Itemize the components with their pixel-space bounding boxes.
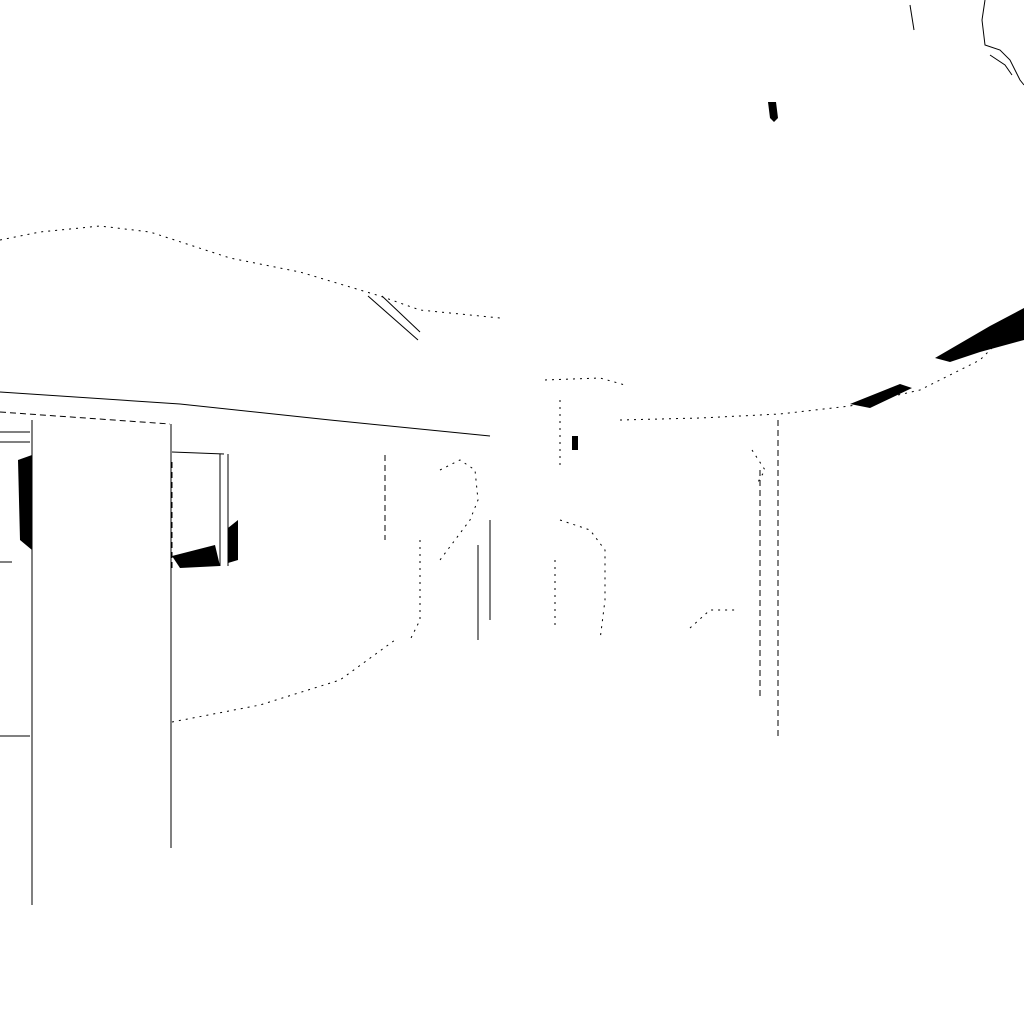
wall-top-line	[0, 392, 490, 436]
central-figures	[410, 378, 625, 640]
right-door-frame	[690, 420, 778, 740]
top-right-object	[768, 0, 1024, 122]
left-pillar	[0, 420, 171, 905]
ceiling-edges	[0, 226, 1024, 420]
inner-doorway	[172, 452, 395, 722]
binarized-room-photo	[0, 0, 1024, 1024]
